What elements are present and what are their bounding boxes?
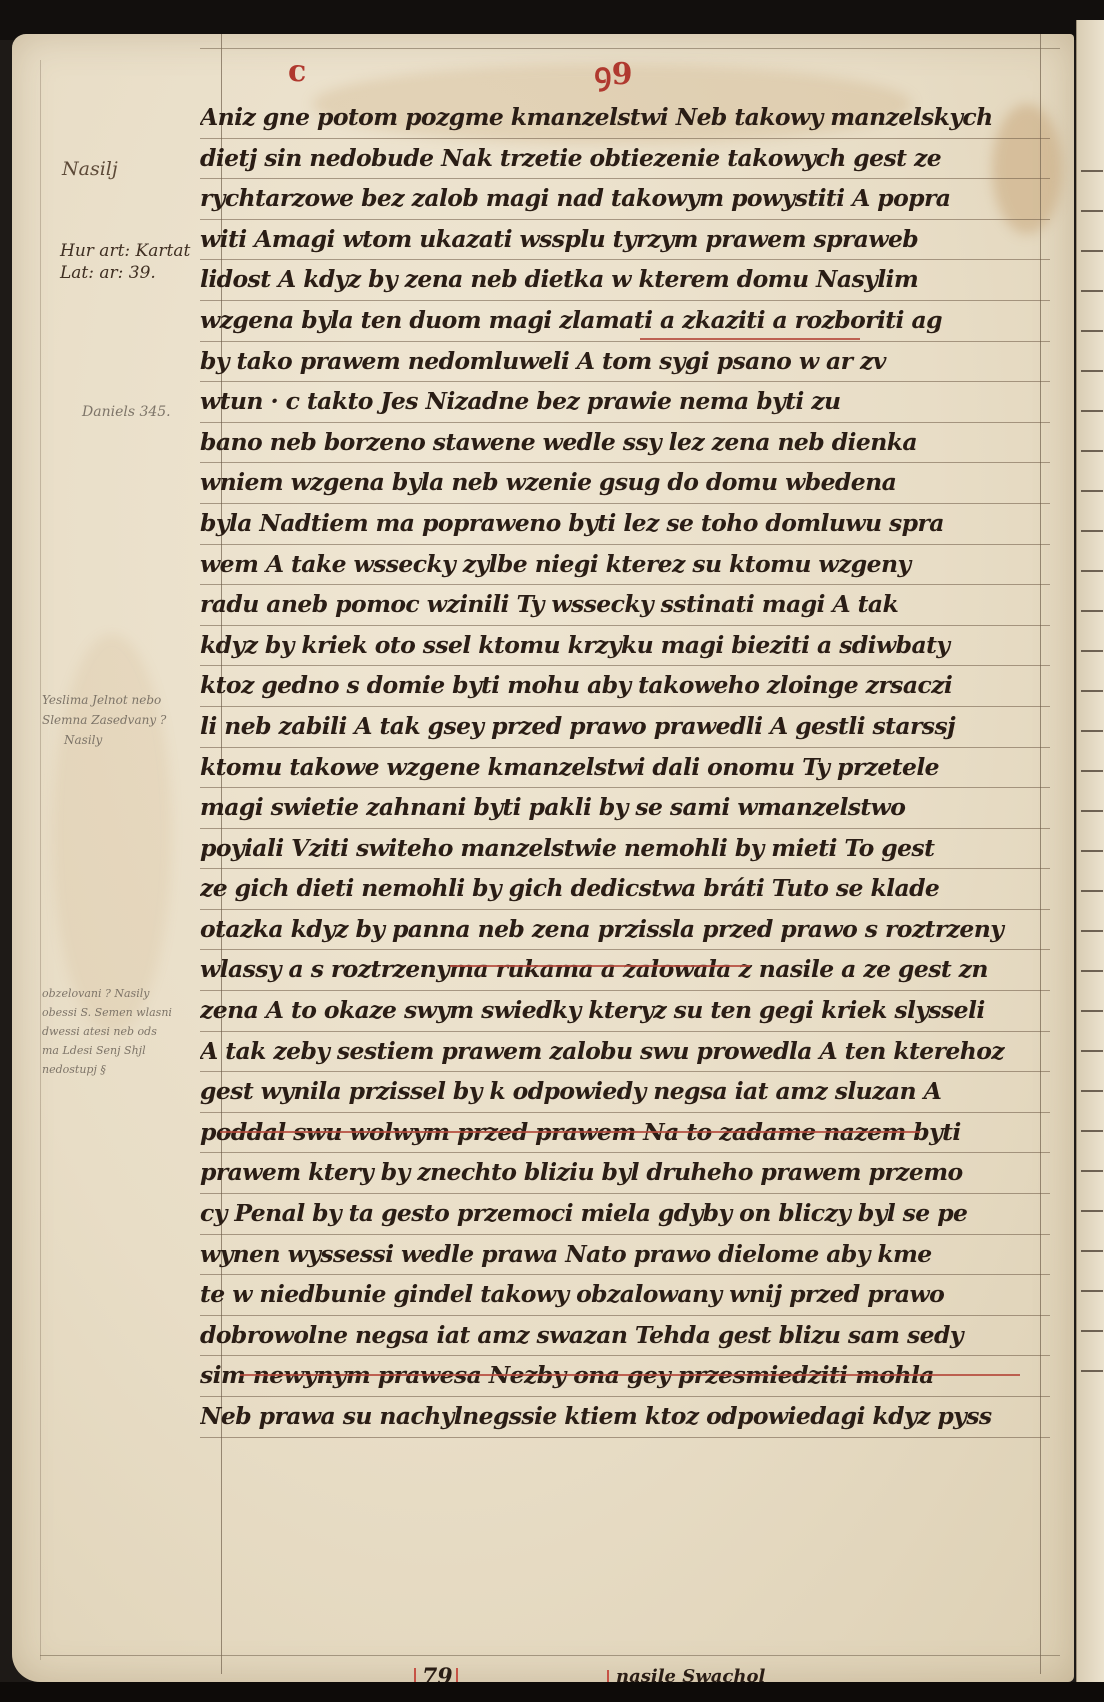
adjacent-text-line: [1081, 890, 1103, 892]
text-line: radu aneb pomoc wzinili Ty wssecky sstin…: [200, 585, 1050, 626]
text-line: dobrowolne negsa iat amz swazan Tehda ge…: [200, 1316, 1050, 1357]
adjacent-text-line: [1081, 690, 1103, 692]
header-rubric-left: c: [288, 54, 306, 89]
margin-note-line: Slemna Zasedvany ?: [42, 710, 166, 730]
rubric-underline: [450, 965, 750, 967]
text-line: poddal swu wolwym przed prawem Na to zad…: [200, 1113, 1050, 1154]
text-line: wzgena byla ten duom magi zlamati a zkaz…: [200, 301, 1050, 342]
adjacent-text-line: [1081, 1050, 1103, 1052]
bottom-ruling: [40, 1655, 1060, 1656]
margin-note-line: Yeslima Jelnot nebo: [42, 690, 166, 710]
text-line: li neb zabili A tak gsey przed prawo pra…: [200, 707, 1050, 748]
text-line: ktoz gedno s domie byti mohu aby takoweh…: [200, 666, 1050, 707]
margin-note-line: nedostupj §: [42, 1060, 172, 1079]
top-ruling: [200, 48, 1060, 49]
adjacent-page-edge: [1076, 20, 1104, 1702]
adjacent-text-line: [1081, 1010, 1103, 1012]
adjacent-text-line: [1081, 650, 1103, 652]
rubric-underline: [240, 1374, 1020, 1376]
adjacent-text-line: [1081, 850, 1103, 852]
margin-note-line: obessi S. Semen wlasni: [42, 1003, 172, 1022]
text-line: by tako prawem nedomluweli A tom sygi ps…: [200, 342, 1050, 383]
margin-note-daniels: Daniels 345.: [82, 404, 171, 420]
adjacent-text-line: [1081, 530, 1103, 532]
adjacent-text-line: [1081, 290, 1103, 292]
adjacent-text-line: [1081, 410, 1103, 412]
margin-note-article: Hur art: Kartat Lat: ar: 39.: [60, 240, 190, 284]
text-line: magi swietie zahnani byti pakli by se sa…: [200, 788, 1050, 829]
adjacent-text-line: [1081, 490, 1103, 492]
text-line: A tak zeby sestiem prawem zalobu swu pro…: [200, 1032, 1050, 1073]
adjacent-text-line: [1081, 770, 1103, 772]
adjacent-text-line: [1081, 1250, 1103, 1252]
adjacent-text-line: [1081, 1170, 1103, 1172]
margin-note-line: Lat: ar: 39.: [60, 262, 190, 284]
margin-note-line: dwessi atesi neb ods: [42, 1022, 172, 1041]
adjacent-text-line: [1081, 1370, 1103, 1372]
text-line: Aniz gne potom pozgme kmanzelstwi Neb ta…: [200, 98, 1050, 139]
adjacent-text-line: [1081, 170, 1103, 172]
text-line: te w niedbunie gindel takowy obzalowany …: [200, 1275, 1050, 1316]
text-line: poyiali Vziti switeho manzelstwie nemohl…: [200, 829, 1050, 870]
rubric-underline: [220, 1131, 920, 1133]
rubric-underline: [640, 338, 860, 340]
text-line: lidost A kdyz by zena neb dietka w ktere…: [200, 260, 1050, 301]
text-line: otazka kdyz by panna neb zena przissla p…: [200, 910, 1050, 951]
text-line: ktomu takowe wzgene kmanzelstwi dali ono…: [200, 748, 1050, 789]
text-line: wem A take wssecky zylbe niegi kterez su…: [200, 545, 1050, 586]
text-line: prawem ktery by znechto bliziu byl druhe…: [200, 1153, 1050, 1194]
text-line: byla Nadtiem ma popraweno byti lez se to…: [200, 504, 1050, 545]
adjacent-text-line: [1081, 370, 1103, 372]
text-line: dietj sin nedobude Nak trzetie obtiezeni…: [200, 139, 1050, 180]
text-line: wlassy a s roztrzenyma rukama a zalowala…: [200, 950, 1050, 991]
adjacent-text-line: [1081, 970, 1103, 972]
adjacent-text-line: [1081, 570, 1103, 572]
adjacent-text-line: [1081, 330, 1103, 332]
margin-note-line: ma Ldesi Senj Shjl: [42, 1041, 172, 1060]
text-line: wynen wyssessi wedle prawa Nato prawo di…: [200, 1235, 1050, 1276]
margin-note-obzelovani: obzelovani ? Nasily obessi S. Semen wlas…: [42, 984, 172, 1079]
adjacent-text-line: [1081, 810, 1103, 812]
adjacent-text-line: [1081, 610, 1103, 612]
text-line: wtun · c takto Jes Nizadne bez prawie ne…: [200, 382, 1050, 423]
adjacent-text-line: [1081, 1330, 1103, 1332]
text-line: bano neb borzeno stawene wedle ssy lez z…: [200, 423, 1050, 464]
margin-note-line: Hur art: Kartat: [60, 240, 190, 262]
margin-note-line: obzelovani ? Nasily: [42, 984, 172, 1003]
adjacent-text-line: [1081, 1290, 1103, 1292]
text-line: Neb prawa su nachylnegssie ktiem ktoz od…: [200, 1397, 1050, 1438]
adjacent-text-line: [1081, 1090, 1103, 1092]
text-line: wniem wzgena byla neb wzenie gsug do dom…: [200, 463, 1050, 504]
adjacent-text-line: [1081, 250, 1103, 252]
adjacent-text-line: [1081, 1210, 1103, 1212]
text-line: kdyz by kriek oto ssel ktomu krzyku magi…: [200, 626, 1050, 667]
text-line: ze gich dieti nemohli by gich dedicstwa …: [200, 869, 1050, 910]
margin-note-nasilj: Nasilj: [62, 158, 118, 180]
adjacent-text-line: [1081, 210, 1103, 212]
text-line: gest wynila przissel by k odpowiedy negs…: [200, 1072, 1050, 1113]
outer-ruling: [40, 60, 41, 1660]
header-rubric-folio: ꝯ9: [594, 52, 632, 93]
text-line: cy Penal by ta gesto przemoci miela gdyb…: [200, 1194, 1050, 1235]
text-line: zena A to okaze swym swiedky kteryz su t…: [200, 991, 1050, 1032]
adjacent-text-line: [1081, 730, 1103, 732]
text-line: sim newynym prawesa Nezby ona gey przesm…: [200, 1356, 1050, 1397]
dark-background-bottom: [0, 1682, 1104, 1702]
margin-note-line: Nasily: [42, 730, 166, 750]
main-text-block: Aniz gne potom pozgme kmanzelstwi Neb ta…: [200, 98, 1050, 1438]
adjacent-text-line: [1081, 450, 1103, 452]
text-line: witi Amagi wtom ukazati wssplu tyrzym pr…: [200, 220, 1050, 261]
adjacent-text-line: [1081, 1130, 1103, 1132]
adjacent-text-line: [1081, 930, 1103, 932]
margin-note-question: Yeslima Jelnot nebo Slemna Zasedvany ? N…: [42, 690, 166, 750]
text-line: rychtarzowe bez zalob magi nad takowym p…: [200, 179, 1050, 220]
